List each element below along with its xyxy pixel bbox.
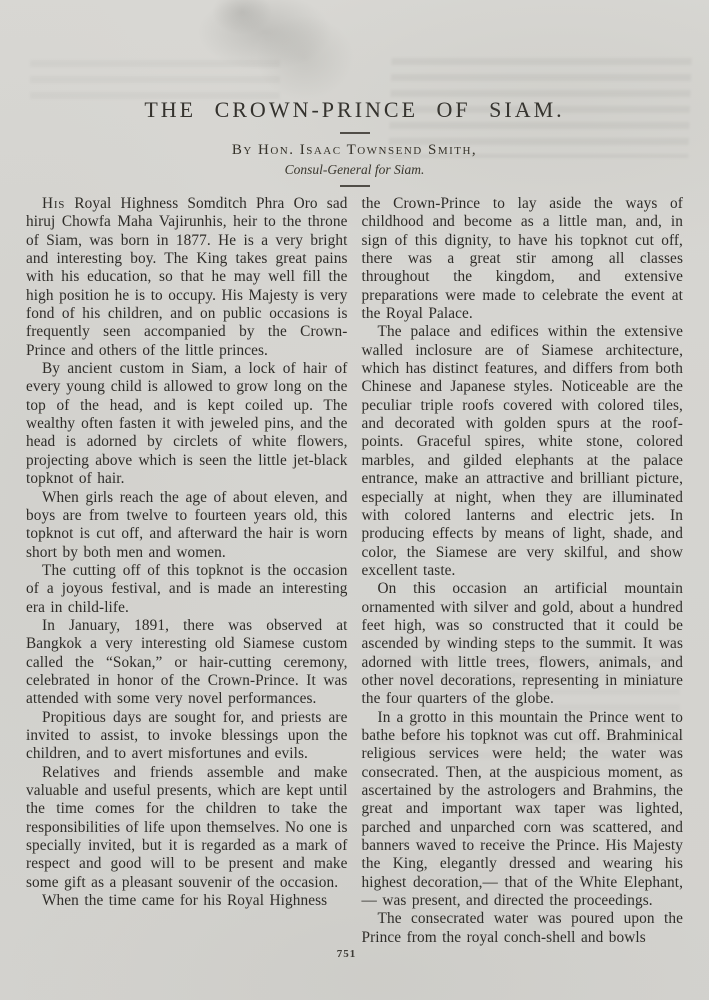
left-column: His Royal Highness Somditch Phra Oro sad…: [26, 195, 348, 947]
paragraph: Propitious days are sought for, and prie…: [26, 709, 348, 764]
bleedthrough-texture: [380, 640, 680, 760]
paragraph: The cutting off of this topknot is the o…: [26, 562, 348, 617]
paragraph: His Royal Highness Somditch Phra Oro sad…: [26, 195, 348, 360]
paragraph: By ancient custom in Siam, a lock of hai…: [26, 360, 348, 488]
paragraph: When the time came for his Royal Highnes…: [26, 892, 348, 910]
paragraph: Relatives and friends assemble and make …: [26, 764, 348, 892]
byline-divider: [340, 185, 370, 187]
page-number: 751: [0, 948, 693, 960]
paragraph: When girls reach the age of about eleven…: [26, 489, 348, 562]
paragraph: The palace and edifices within the exten…: [362, 323, 684, 580]
paragraph: In January, 1891, there was observed at …: [26, 617, 348, 709]
paragraph: The consecrated water was poured upon th…: [362, 910, 684, 947]
title-divider: [340, 132, 370, 134]
lead-word: His: [42, 195, 65, 212]
bleedthrough-texture: [30, 60, 280, 100]
right-column: the Crown-Prince to lay aside the ways o…: [362, 195, 684, 947]
byline-role: Consul-General for Siam.: [0, 162, 709, 178]
scanned-page: THE CROWN-PRINCE OF SIAM. By Hon. Isaac …: [0, 0, 709, 1000]
article-body: His Royal Highness Somditch Phra Oro sad…: [0, 195, 709, 947]
paragraph: the Crown-Prince to lay aside the ways o…: [362, 195, 684, 323]
bleedthrough-texture: [388, 58, 691, 158]
